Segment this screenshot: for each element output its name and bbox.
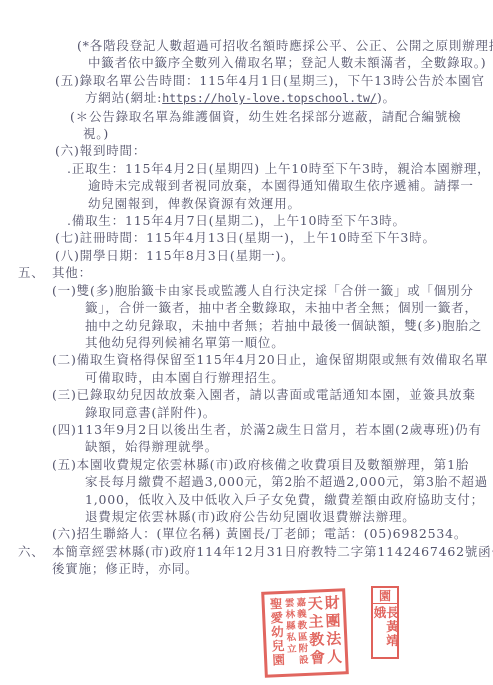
- website-url: https://holy-love.topschool.tw/: [162, 91, 377, 105]
- section-text: 本簡章經雲林縣(市)政府114年12月31日府教特二字第1142467462號函…: [52, 544, 493, 559]
- doc-line: .正取生：115年4月2日(星期四) 上午10時至下午3時，親洽本園辦理，: [0, 160, 493, 177]
- director-name-stamp: 園 長黃靖娥: [371, 586, 399, 659]
- doc-line: (四)113年9月2日以後出生者，於滿2歲生日當月，若本園(2歲專班)仍有: [0, 421, 493, 438]
- seal-column: 雲林縣私立: [283, 597, 296, 671]
- doc-line: 視。): [0, 125, 493, 142]
- doc-line: 抽中之幼兒錄取，未抽中者無；若抽中最後一個缺額，雙(多)胞胎之: [0, 317, 493, 334]
- director-seal-name: 長黃靖娥: [373, 606, 398, 657]
- doc-line: (八)開學日期：115年8月3日(星期一)。: [0, 247, 493, 264]
- doc-line: 後實施；修正時，亦同。: [0, 560, 493, 577]
- url-suffix-text: )。: [377, 90, 396, 105]
- doc-line: (七)註冊時間：115年4月13日(星期一)，上午10時至下午3時。: [0, 229, 493, 246]
- doc-line: 1,000，低收入及中低收入戶子女免費，繳費差額由政府協助支付；: [0, 491, 493, 508]
- seal-column: 天主教會: [306, 595, 324, 670]
- section-heading: 六、本簡章經雲林縣(市)政府114年12月31日府教特二字第1142467462…: [0, 543, 493, 560]
- document-page: (*各階段登記人數超過可招收名額時應採公平、公正、公開之原則辦理抽籤，未 中籤者…: [0, 0, 493, 685]
- doc-line: 幼兒園報到，俾教保資源有效運用。: [0, 195, 493, 212]
- section-number: 六、: [18, 543, 52, 560]
- doc-line: (六)報到時間：: [0, 142, 493, 159]
- doc-line: (*各階段登記人數超過可招收名額時應採公平、公正、公開之原則辦理抽籤，未: [0, 37, 493, 54]
- doc-line: 其他幼兒得列候補名單第一順位。: [0, 334, 493, 351]
- doc-line: .備取生：115年4月7日(星期二)，上午10時至下午3時。: [0, 212, 493, 229]
- doc-line: 家長每月繳費不超過3,000元，第2胎不超過2,000元，第3胎不超過: [0, 473, 493, 490]
- doc-line: 方網站(網址:https://holy-love.topschool.tw/)。: [0, 89, 493, 107]
- doc-line: 中籤者依中籤序全數列入備取名單；登記人數未額滿者，全數錄取。): [0, 54, 493, 71]
- document-body: (*各階段登記人數超過可招收名額時應採公平、公正、公開之原則辦理抽籤，未 中籤者…: [0, 37, 493, 578]
- doc-line: 錄取同意書(詳附件)。: [0, 404, 493, 421]
- doc-line: (五)本園收費規定依雲林縣(市)政府核備之收費項目及數額辦理，第1胎: [0, 456, 493, 473]
- doc-line: (五)錄取名單公告時間：115年4月1日(星期三)，下午13時公告於本園官: [0, 72, 493, 89]
- director-seal-title: 園: [373, 588, 397, 604]
- section-heading: 五、其他：: [0, 264, 493, 281]
- doc-line: (三)已錄取幼兒因故放棄入園者，請以書面或電話通知本園，並簽具放棄: [0, 386, 493, 403]
- doc-line: 籤」，合併一籤者，抽中者全數錄取，未抽中者全無；個別一籤者，: [0, 299, 493, 316]
- doc-line: (六)招生聯絡人：(單位名稱) 黃園長/丁老師；電話：(05)6982534。: [0, 525, 493, 542]
- section-number: 五、: [18, 264, 52, 281]
- doc-line: 逾時未完成報到者視同放棄，本園得通知備取生依序遞補。請擇一: [0, 177, 493, 194]
- doc-line: 缺額，始得辦理就學。: [0, 438, 493, 455]
- doc-line: (＊公告錄取名單為維護個資，幼生姓名採部分遮蔽，請配合編號檢: [0, 108, 493, 125]
- doc-line: 退費規定依雲林縣(市)政府公告幼兒園收退費辦法辦理。: [0, 508, 493, 525]
- doc-line: (一)雙(多)胞胎籤卡由家長或監護人自行決定採「合併一籤」或「個別分: [0, 282, 493, 299]
- doc-line: (二)備取生資格得保留至115年4月20日止，逾保留期限或無有效備取名單: [0, 351, 493, 368]
- section-title: 其他：: [52, 265, 92, 280]
- seal-column: 財團法人: [323, 595, 341, 670]
- seal-column: 聖愛幼兒園: [268, 597, 284, 671]
- organization-seal-stamp: 財團法人 天主教會 嘉義教區附設 雲林縣私立 聖愛幼兒園: [261, 588, 349, 678]
- url-prefix-text: 方網站(網址:: [85, 90, 162, 105]
- doc-line: 可備取時，由本園自行辦理招生。: [0, 369, 493, 386]
